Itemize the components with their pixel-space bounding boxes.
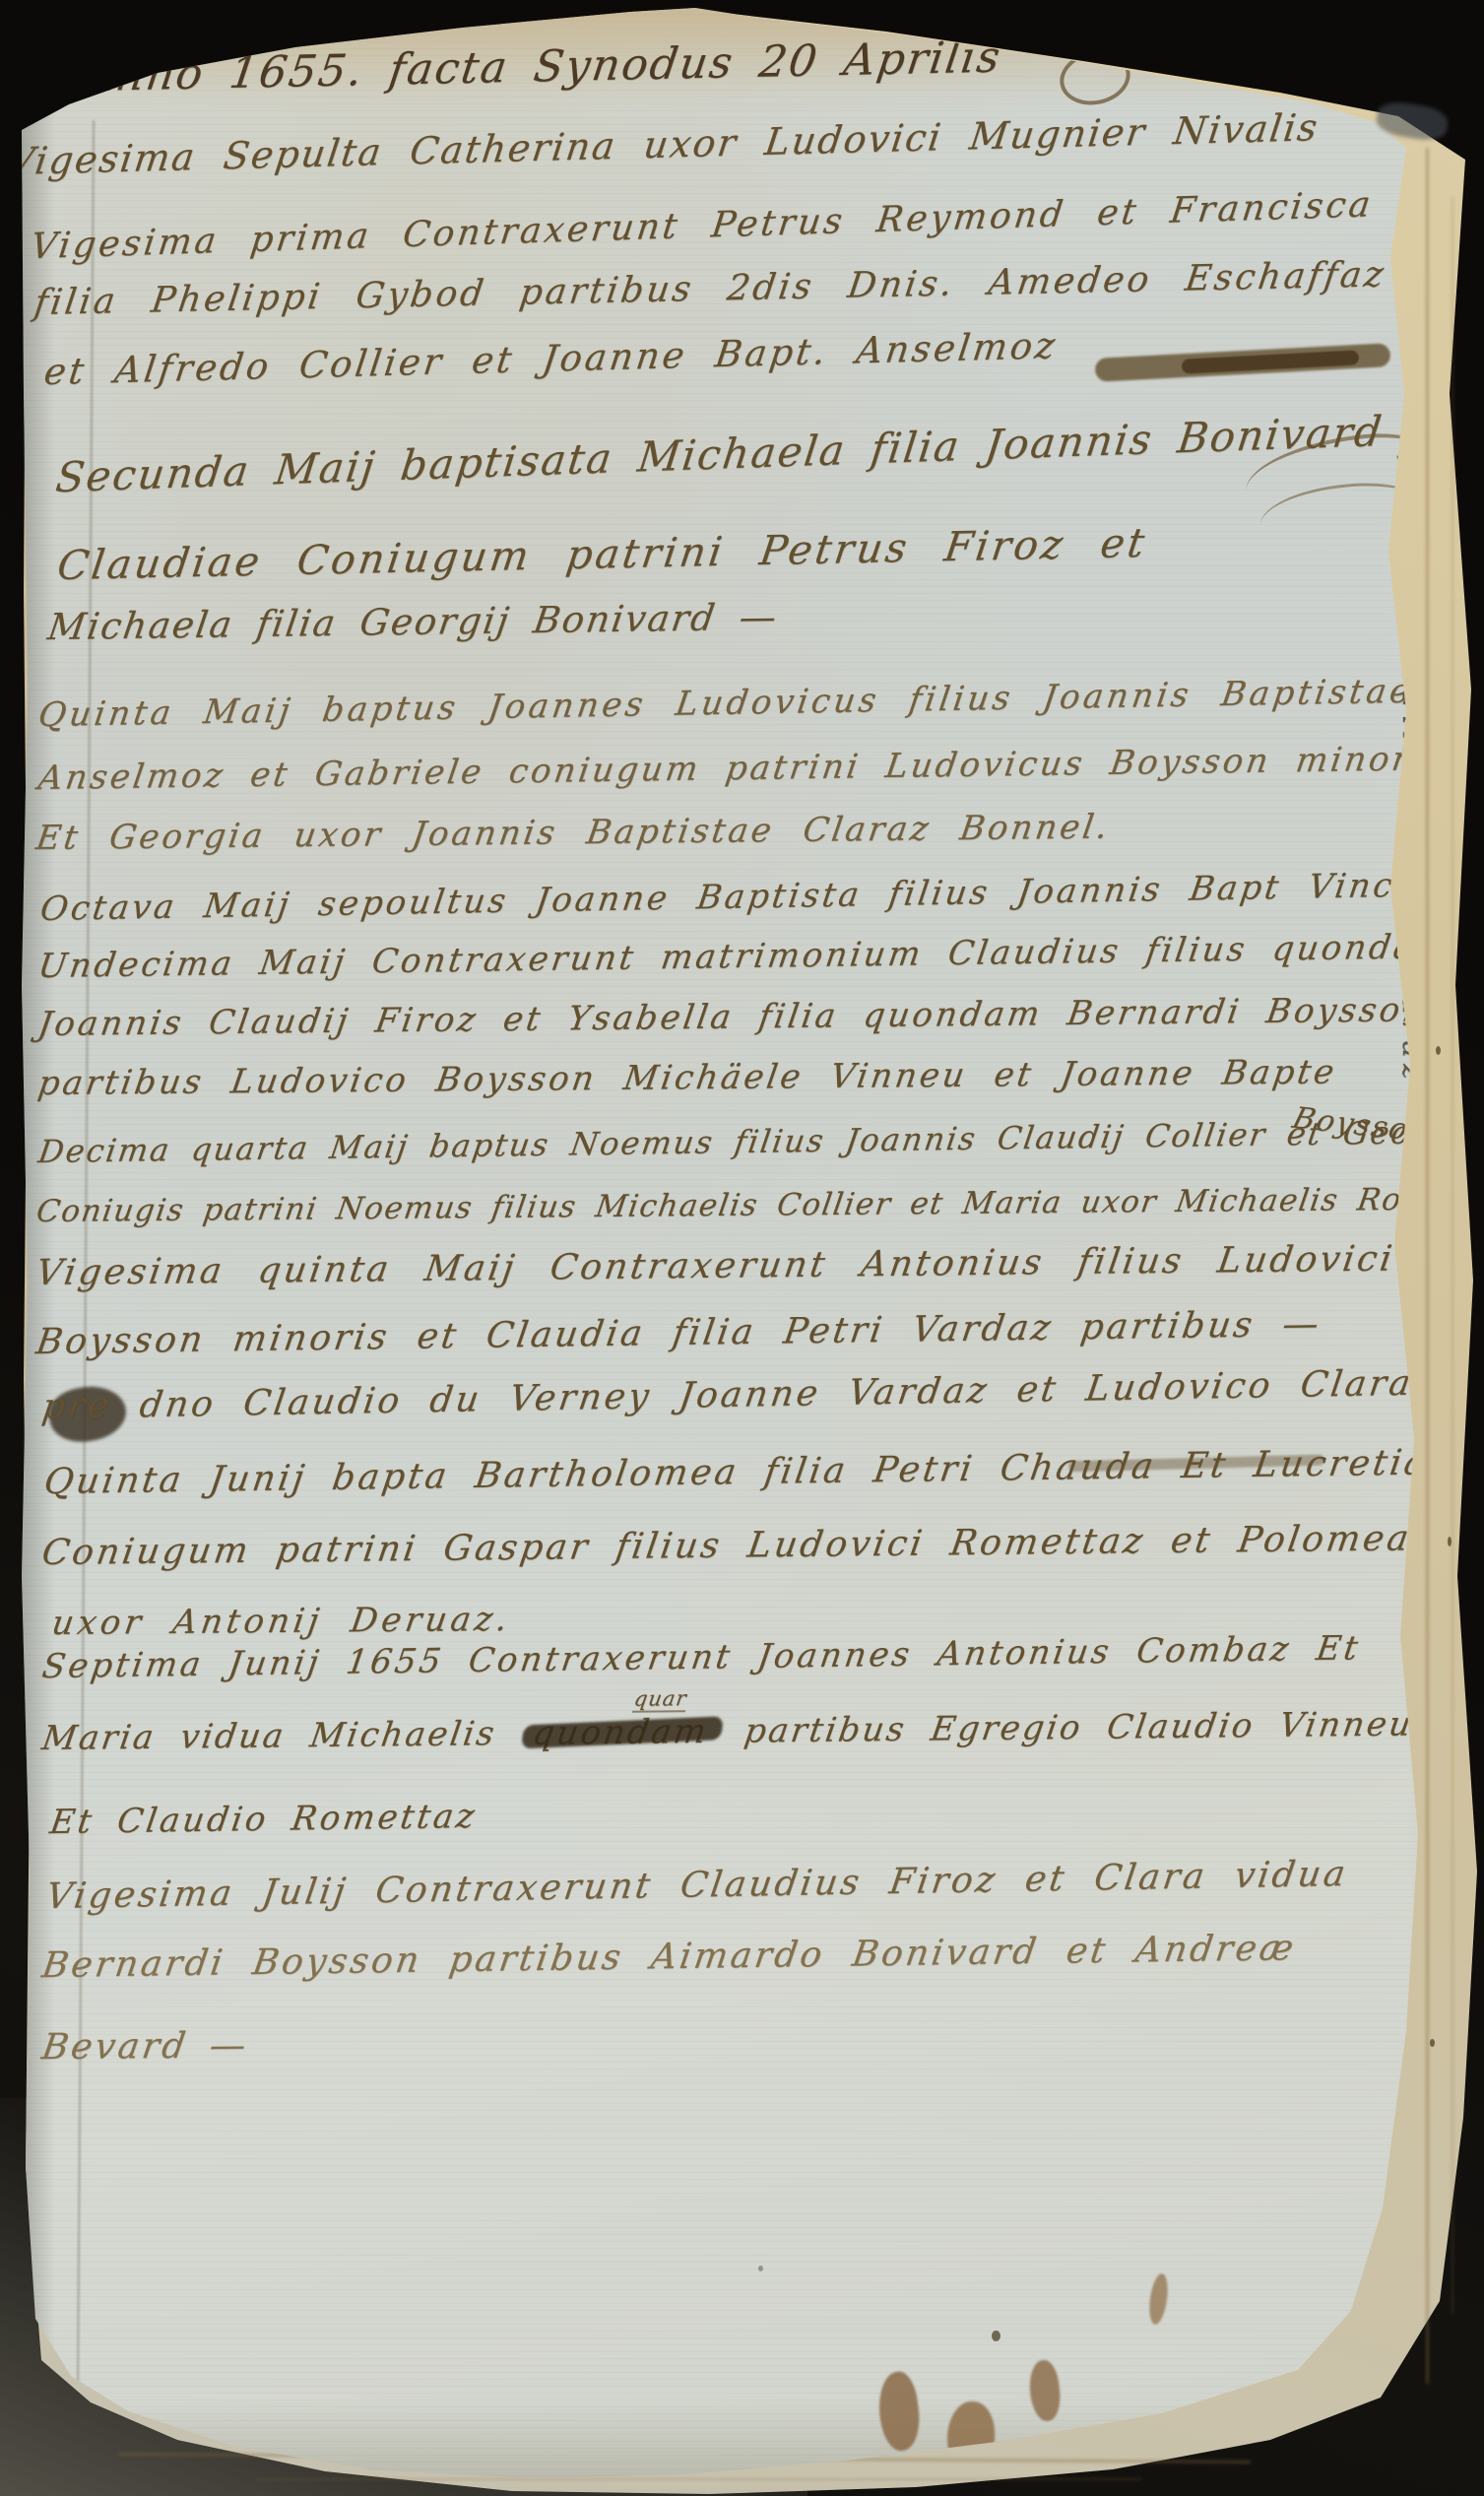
manuscript-line: Et Claudio Romettaz — [47, 1797, 480, 1842]
inserted-word: quar — [632, 1686, 688, 1713]
manuscript-line: Joannis Claudij Firoz et Ysabella filia … — [35, 990, 1430, 1044]
manuscript-line: Coniugum patrini Gaspar filius Ludovici … — [39, 1518, 1414, 1573]
manuscript-line: Vigesima prima Contraxerunt Petrus Reymo… — [29, 182, 1446, 267]
manuscript-line: filia Phelippi Gybod partibus 2dis Dnis.… — [32, 254, 1388, 323]
photograph-of-register-book: Anno 1655. facta Synodus 20 Aprilis 23 V… — [0, 0, 1484, 2496]
manuscript-line: Octava Maij sepoultus Joanne Baptista fi… — [37, 865, 1461, 929]
manuscript-line: partibus Ludovico Boysson Michäele Vinne… — [35, 1052, 1339, 1103]
struck-word: quondam — [530, 1712, 711, 1753]
manuscript-line: Vigesima Sepulta Catherina uxor Ludovici… — [4, 105, 1322, 183]
manuscript-line: Undecima Maij Contraxerunt matrimonium C… — [35, 926, 1484, 986]
manuscript-line: Vigesima Julij Contraxerunt Claudius Fir… — [43, 1854, 1350, 1917]
manuscript-line: et Alfredo Collier et Joanne Bapt. Ansel… — [41, 324, 1060, 393]
fore-edge-ink-speck — [1436, 1046, 1441, 1055]
manuscript-line: pre dno Claudio du Verney Joanne Vardaz … — [39, 1362, 1438, 1427]
manuscript-line: Boysson minoris et Claudia filia Petri V… — [33, 1304, 1323, 1362]
header-line: Anno 1655. facta Synodus 20 Aprilis — [80, 32, 1004, 101]
bottom-edge-line — [256, 2478, 1142, 2480]
register-page: Anno 1655. facta Synodus 20 Aprilis 23 V… — [0, 0, 1484, 2496]
fore-edge-shadow-line — [1452, 197, 1453, 2315]
fore-edge-shadow-line — [1426, 148, 1429, 2384]
fore-edge-ink-speck — [1448, 1537, 1452, 1546]
manuscript-line: Et Georgia uxor Joannis Baptistae Claraz… — [33, 808, 1113, 858]
manuscript-line: Anselmoz et Gabriele coniugum patrini Lu… — [35, 740, 1414, 799]
manuscript-line: Michaela filia Georgij Bonivard — — [45, 596, 781, 648]
page-number: 23 — [1360, 66, 1401, 106]
stain — [1027, 2359, 1063, 2423]
manuscript-line: Decima quarta Maij baptus Noemus filius … — [36, 1112, 1484, 1170]
circle-flourish-icon — [1055, 44, 1135, 111]
correction-pre: Maria vidua Michaelis — [39, 1714, 499, 1758]
manuscript-line: Bevard — — [39, 2025, 251, 2068]
ink-dot — [1217, 57, 1224, 64]
correction-post: partibus Egregio Claudio Vinneu — [742, 1704, 1416, 1750]
stain-dot — [992, 2331, 1000, 2341]
manuscript-line: Claudiae Coniugum patrini Petrus Firoz e… — [54, 519, 1150, 589]
manuscript-line: Coniugis patrini Noemus filius Michaelis… — [34, 1181, 1452, 1229]
stain — [1146, 2272, 1170, 2326]
manuscript-line: Quinta Maij baptus Joannes Ludovicus fil… — [35, 672, 1415, 735]
manuscript-line: Quinta Junij bapta Bartholomea filia Pet… — [41, 1442, 1455, 1502]
manuscript-line: uxor Antonij Deruaz. — [49, 1600, 514, 1643]
stain-dot — [758, 2266, 763, 2271]
stain — [874, 2370, 925, 2454]
manuscript-line: Bernardi Boysson partibus Aimardo Boniva… — [39, 1928, 1299, 1986]
fore-edge-ink-speck — [1430, 2039, 1435, 2047]
manuscript-line-corrected: Maria vidua Michaelis quondam quar parti… — [39, 1704, 1416, 1758]
manuscript-line: Vigesima quinta Maij Contraxerunt Antoni… — [33, 1239, 1397, 1294]
